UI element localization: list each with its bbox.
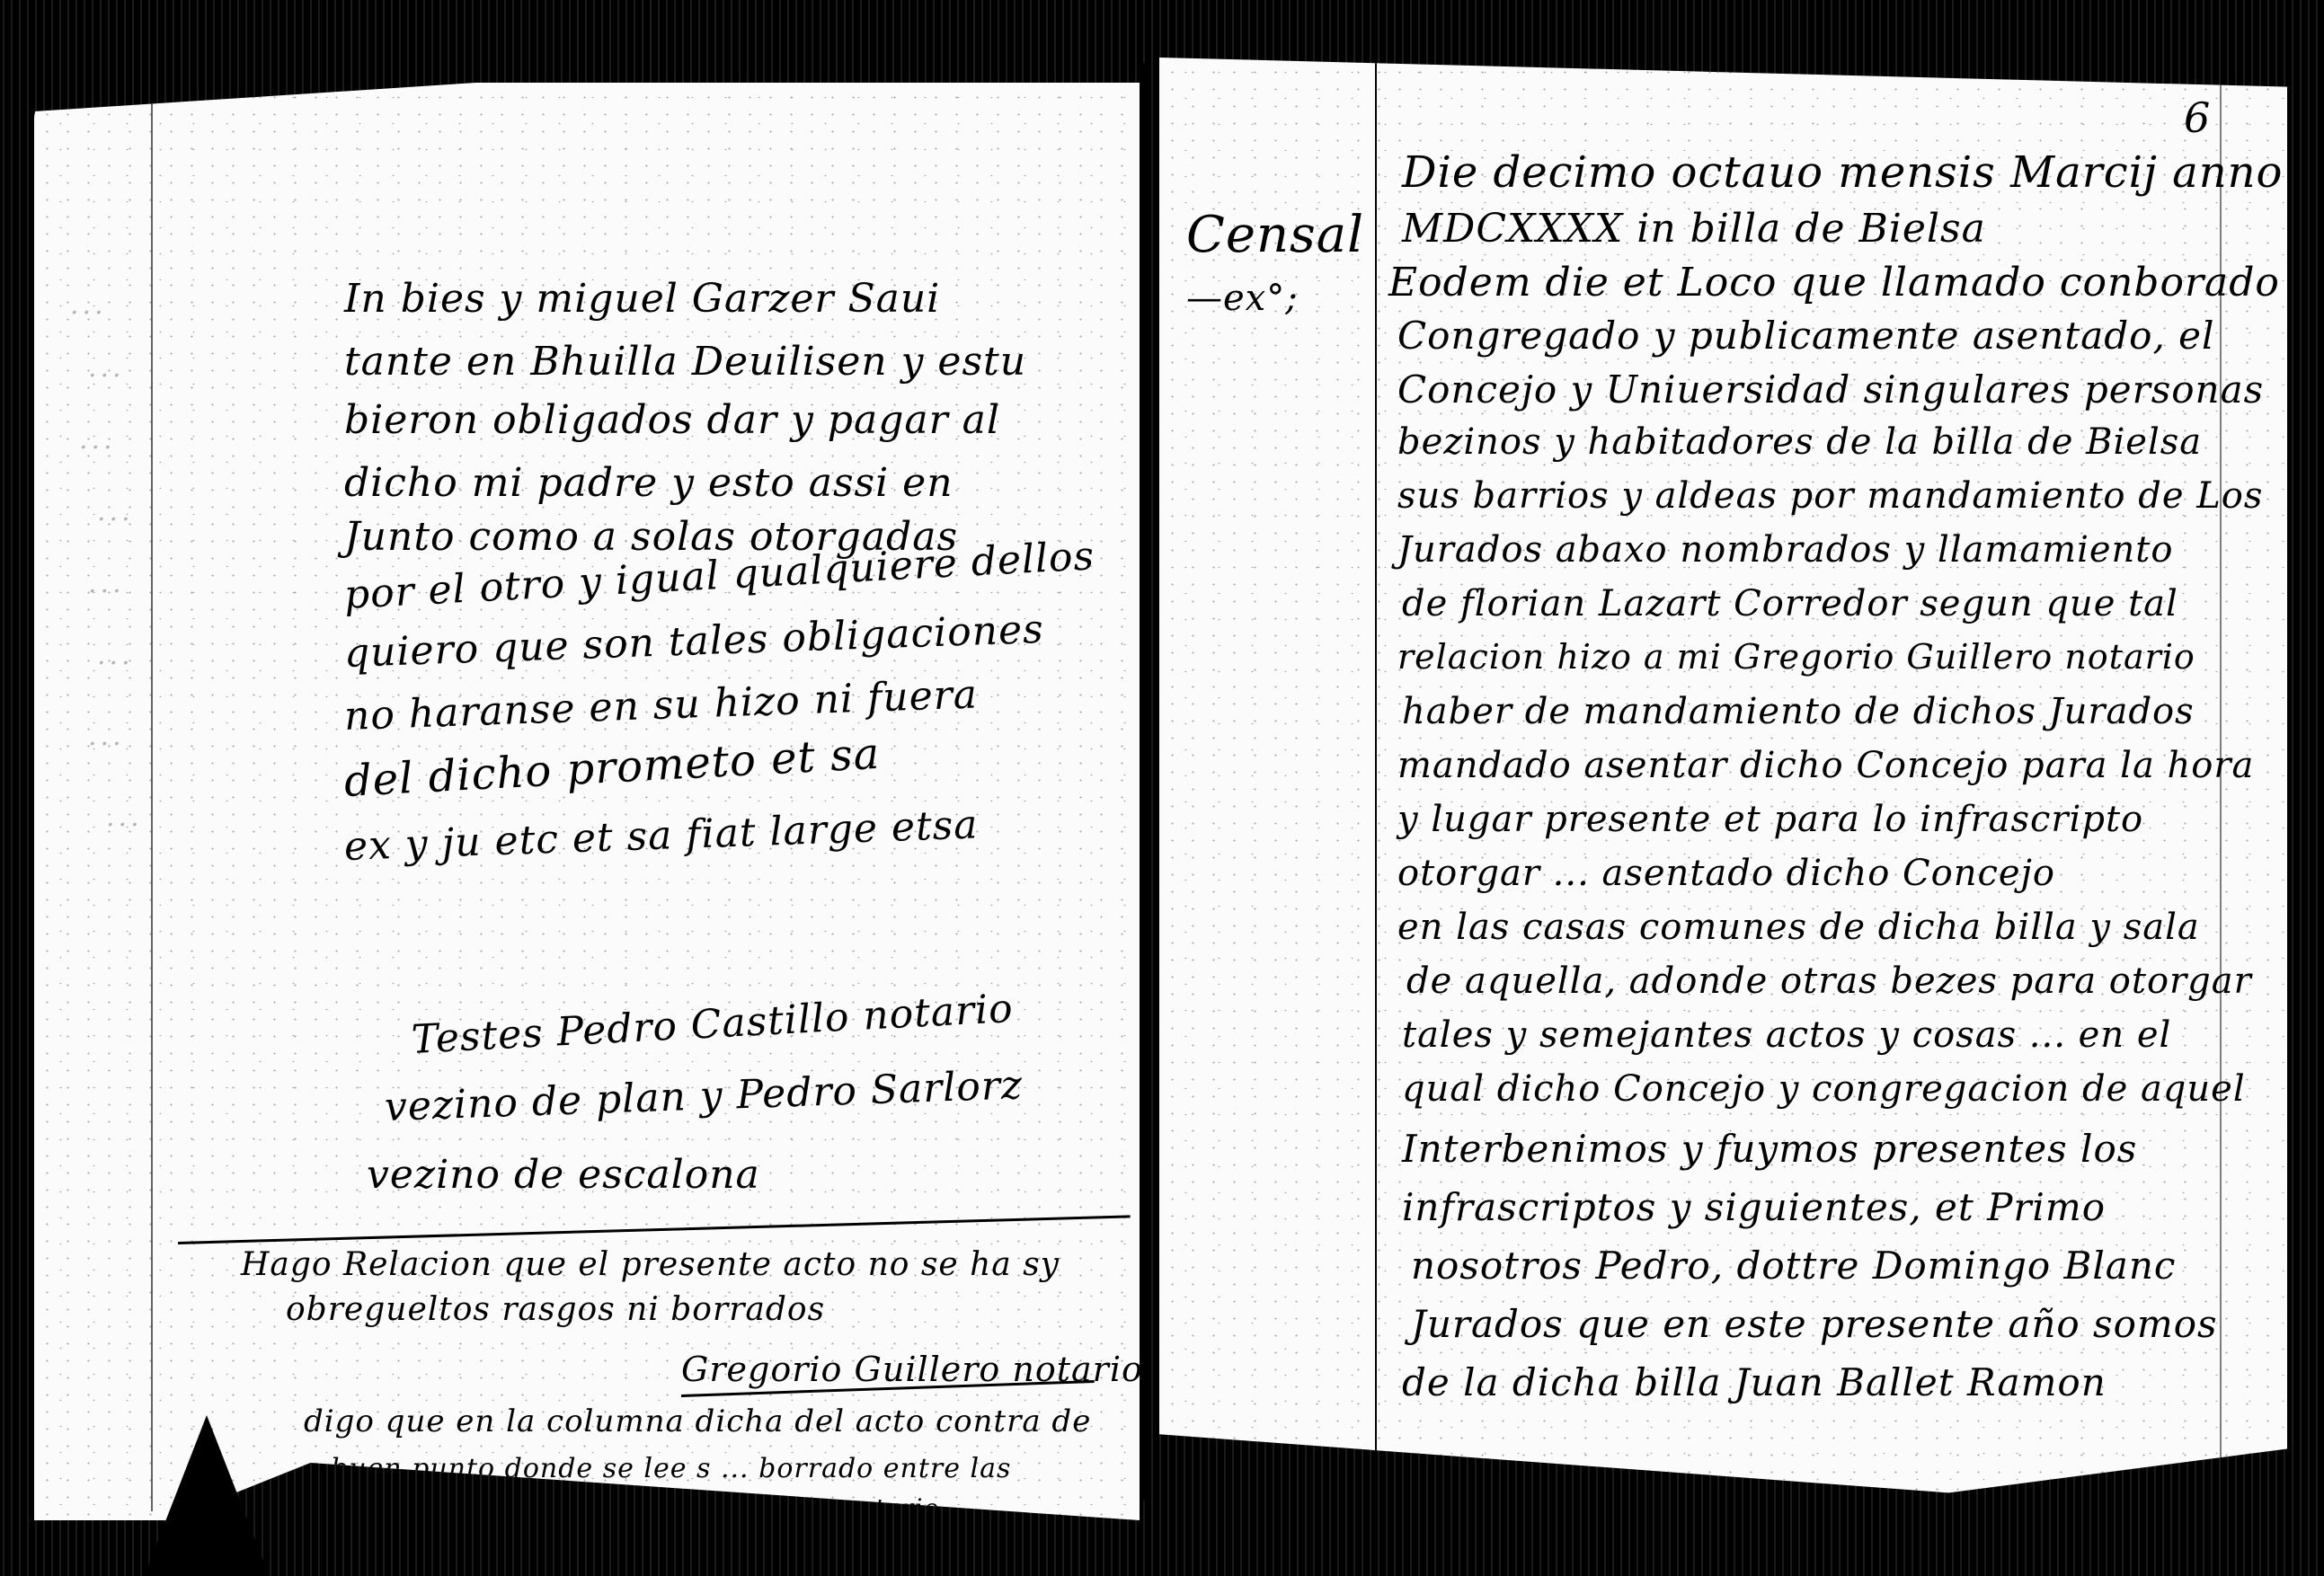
text-line: quiero que son tales obligaciones [343, 606, 1044, 677]
margin-subheading: —ex°; [1186, 278, 1299, 319]
folio-number: 6 [2184, 93, 2210, 142]
text-line: mandado asentar dicho Concejo para la ho… [1397, 745, 2254, 786]
text-line: dicho mi padre y esto assi en [344, 460, 954, 506]
text-line: vezino de escalona [367, 1152, 760, 1198]
text-line: obregueltos rasgos ni borrados [286, 1291, 825, 1328]
separator-line [178, 1215, 1131, 1244]
right-margin-rule [1375, 58, 1377, 1522]
text-line: de florian Lazart Corredor segun que tal [1402, 583, 2178, 624]
text-line: Concejo y Uniuersidad singulares persona… [1397, 367, 2264, 412]
text-line: Jurados abaxo nombrados y llamamiento [1397, 529, 2173, 571]
text-line: MDCXXXX in billa de Bielsa [1402, 206, 1986, 252]
text-line: del dicho prometo et sa [343, 729, 882, 807]
text-line: tante en Bhuilla Deuilisen y estu [344, 339, 1026, 385]
text-line: Hago Relacion que el presente acto no se… [241, 1246, 1060, 1283]
text-line: otorgar ... asentado dicho Concejo [1397, 853, 2055, 894]
binding-shadow [144, 1415, 270, 1576]
text-line: tales y semejantes actos y cosas ... en … [1402, 1014, 2171, 1056]
text-line: sus barrios y aldeas por mandamiento de … [1397, 475, 2263, 517]
left-page: ... ... ... ... ... ... ... ... In bies … [34, 83, 1140, 1520]
text-line: de la dicha billa Juan Ballet Ramon [1402, 1360, 2107, 1404]
text-line: en las casas comunes de dicha billa y sa… [1397, 907, 2200, 948]
text-line: bezinos y habitadores de la billa de Bie… [1397, 421, 2202, 463]
text-line: Jurados que en este presente año somos [1411, 1302, 2218, 1346]
left-margin-rule [151, 92, 153, 1511]
text-line: bieron obligados dar y pagar al [344, 397, 1000, 443]
text-line: no haranse en su hizo ni fuera [343, 671, 979, 739]
margin-heading: Censal [1186, 206, 1364, 264]
right-page: 6 Censal —ex°; Die decimo octauo mensis … [1159, 58, 2287, 1522]
text-line: In bies y miguel Garzer Saui [344, 276, 940, 322]
text-line: de aquella, adonde otras bezes para otor… [1406, 961, 2252, 1002]
text-line: Eodem die et Loco que llamado conborado [1388, 260, 2280, 305]
text-line: relacion hizo a mi Gregorio Guillero not… [1397, 637, 2195, 677]
text-line: haber de mandamiento de dichos Jurados [1402, 691, 2195, 732]
text-line: digo que en la columna dicha del acto co… [304, 1403, 1091, 1439]
text-line: Interbenimos y fuymos presentes los [1402, 1127, 2137, 1171]
page-gutter [1140, 63, 1149, 1501]
text-line: y lugar presente et para lo infrascripto [1397, 799, 2143, 840]
text-line: ex y ju etc et sa fiat large etsa [343, 801, 979, 870]
text-line: Die decimo octauo mensis Marcij anno [1402, 147, 2283, 198]
text-line: infrascriptos y siguientes, et Primo [1402, 1185, 2106, 1229]
text-line: vezino de plan y Pedro Sarlorz [384, 1062, 1024, 1130]
text-line: qual dicho Concejo y congregacion de aqu… [1402, 1068, 2246, 1110]
text-line: nosotros Pedro, dottre Domingo Blanc [1411, 1244, 2176, 1288]
text-line: Congregado y publicamente asentado, el [1397, 314, 2214, 358]
text-line: Testes Pedro Castillo notario [411, 986, 1015, 1063]
